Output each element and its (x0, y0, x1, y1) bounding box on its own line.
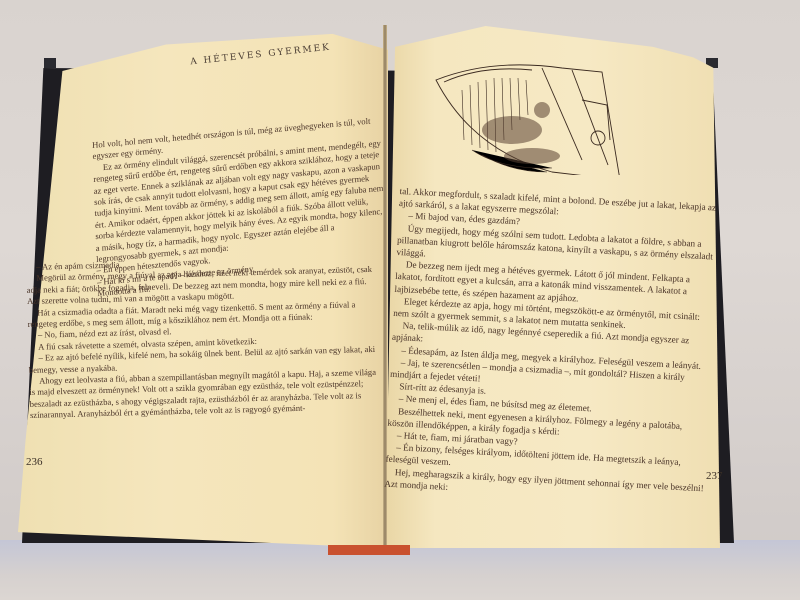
page-number-right: 237 (706, 470, 723, 482)
paragraph: Ahogy ezt leolvasta a fiú, abban a szemp… (29, 367, 380, 422)
right-page-text: tal. Akkor megfordult, s szaladt kifelé,… (384, 185, 720, 506)
page-number-left: 236 (26, 456, 43, 468)
spine-headband (328, 545, 410, 555)
cave-illustration (432, 60, 632, 175)
cover-corner-left (44, 58, 56, 68)
left-page-lower-text: – Az én apám csizmadia. Megörül az örmén… (26, 253, 380, 422)
